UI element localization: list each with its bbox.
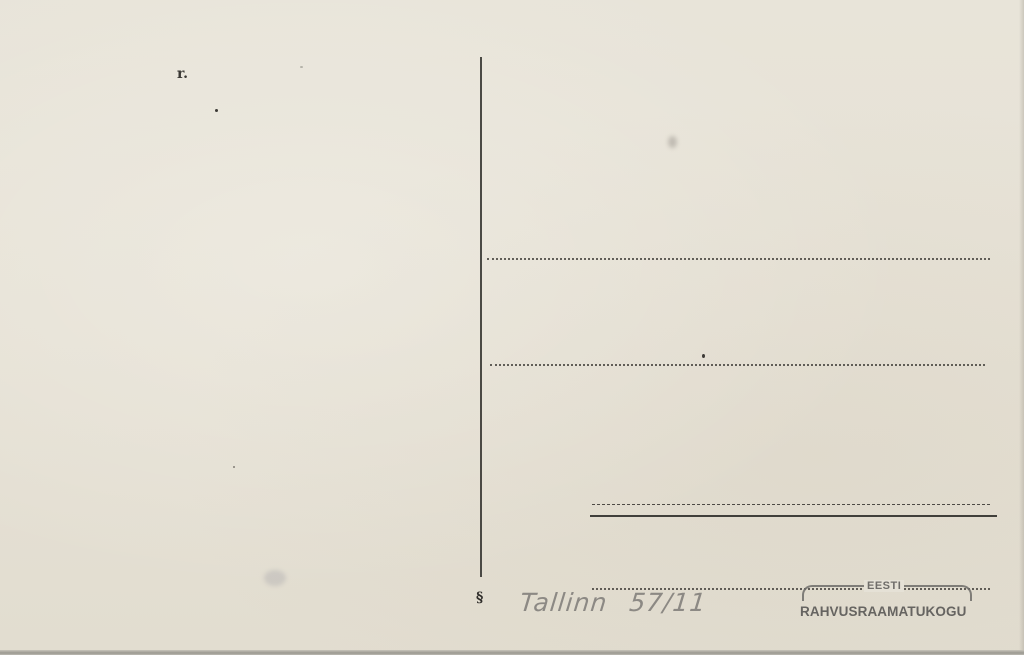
scan-bottom-edge — [0, 650, 1024, 655]
paper-speck — [233, 466, 235, 468]
vertical-divider-line — [480, 57, 482, 577]
stamp-main-text: RAHVUSRAAMATUKOGU — [800, 604, 966, 619]
paper-speck — [215, 109, 218, 112]
paper-smudge — [264, 570, 286, 586]
pencil-place: Tallinn — [518, 588, 609, 617]
paper-speck — [702, 354, 705, 358]
pencil-annotation: Tallinn57/11 — [518, 588, 708, 617]
pencil-number: 57/11 — [628, 588, 708, 617]
ink-mark: r. — [177, 66, 188, 82]
address-line-3-dashed — [592, 504, 990, 505]
section-sign: § — [476, 590, 483, 606]
stamp-top-text: EESTI — [864, 580, 904, 592]
paper-smudge — [668, 136, 677, 148]
address-line-1 — [487, 258, 990, 260]
paper-right-edge — [1019, 0, 1024, 652]
postcard-back: r. § Tallinn57/11 EESTI RAHVUSRAAMATUKOG… — [0, 0, 1024, 652]
address-line-2 — [490, 364, 985, 366]
address-line-4-solid — [590, 515, 997, 517]
library-stamp: EESTI RAHVUSRAAMATUKOGU — [798, 580, 978, 626]
paper-speck — [300, 66, 303, 68]
